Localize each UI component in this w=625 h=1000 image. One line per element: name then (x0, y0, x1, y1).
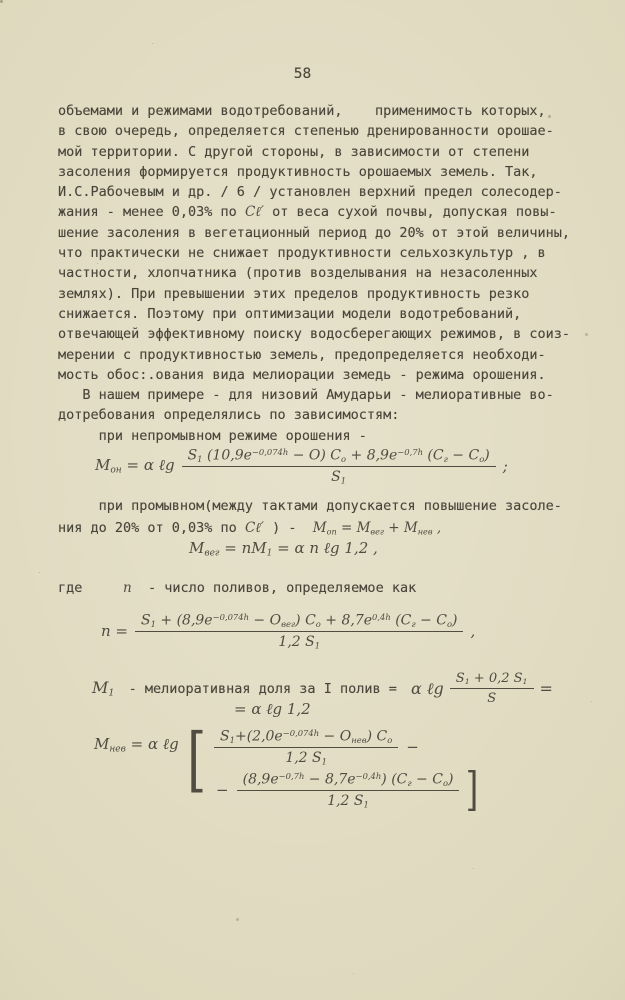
m1-tail: = (540, 679, 553, 698)
formula-row-2: − (8,9e−0,7h − 8,7e−0,4h) (Cг − Cо) 1,2 … (216, 771, 459, 809)
line-where-n: где n - число поливов, определяемое как (58, 578, 416, 598)
text-line: объемами и режимами водотребований, прим… (58, 101, 597, 121)
fraction: S1 + 0,2 S1 S (450, 671, 534, 706)
fraction: S1+(2,0e−0,074h − Онев) Cо 1,2 S1 (214, 728, 398, 766)
fraction-denominator: S (487, 689, 496, 706)
text-line: В нашем примере - для низовий Амударьи -… (58, 385, 597, 405)
fraction-numerator: (8,9e−0,7h − 8,7e−0,4h) (Cг − Cо) (237, 771, 460, 791)
line-m1-definition: M1 - мелиоративная доля за I полив = α ℓ… (92, 671, 553, 706)
page-number: 58 (0, 66, 605, 82)
formula-number-of-irrigations: n = S1 + (8,9e−0,074h − Овег) Cо + 8,7e0… (101, 612, 475, 650)
text-line: частности, хлопчатника (против возделыва… (58, 263, 597, 283)
formula-lhs: Mнев = α ℓg (94, 735, 179, 755)
left-bracket: [ (187, 722, 206, 796)
right-bracket: ] (466, 766, 479, 812)
text-line: отвечающей эффективному поиску водосбере… (58, 324, 597, 344)
text-line: засоления формируется продуктивность оро… (58, 162, 597, 182)
formula-non-leaching-regime: Mон = α ℓg S1 (10,9e−0,074h − О) Cо + 8,… (95, 447, 508, 485)
text-line: жания - менее 0,03% по Cℓ′ от веса сухой… (58, 202, 597, 222)
fraction: S1 + (8,9e−0,074h − Овег) Cо + 8,7e0,4h … (135, 612, 463, 650)
m1-alpha-lg: α ℓg (411, 679, 444, 699)
fraction-numerator: S1+(2,0e−0,074h − Онев) Cо (214, 728, 398, 748)
fraction-denominator: 1,2 S1 (278, 632, 320, 650)
formula-tail: , (470, 622, 475, 640)
formula-row-1: S1+(2,0e−0,074h − Онев) Cо 1,2 S1 − (214, 728, 459, 766)
line-alpha-lg-result: = α ℓg 1,2 (234, 700, 311, 719)
fraction: S1 (10,9e−0,074h − О) Cо + 8,9e−0,7h (Cг… (182, 447, 496, 485)
fraction-denominator: 1,2 S1 (327, 791, 369, 809)
fraction-numerator: S1 + (8,9e−0,074h − Овег) Cо + 8,7e0,4h … (135, 612, 463, 632)
minus-sign: − (216, 781, 229, 799)
text-line: мой территории. С другой стороны, в зави… (58, 142, 597, 162)
text-line: снижается. Поэтому при оптимизации модел… (58, 304, 597, 324)
text-line: шение засоления в вегетационный период д… (58, 223, 597, 243)
m1-symbol: M1 (92, 678, 115, 699)
formula-tail: ; (503, 457, 508, 475)
fraction-denominator: 1,2 S1 (285, 748, 327, 766)
text-line: при непромывном режиме орошения - (58, 426, 597, 446)
text-line: мерении с продуктивностью земель, предоп… (58, 345, 597, 365)
text-line: мость обос:.ования вида мелиорации земед… (58, 365, 597, 385)
formula-stack: S1+(2,0e−0,074h − Онев) Cо 1,2 S1 − − (8… (214, 728, 459, 810)
fraction: (8,9e−0,7h − 8,7e−0,4h) (Cг − Cо) 1,2 S1 (237, 771, 460, 809)
paragraph-main: объемами и режимами водотребований, прим… (58, 101, 597, 446)
text-line: что практически не снижает продуктивност… (58, 243, 597, 263)
document-page: 58 объемами и режимами водотребований, п… (0, 0, 625, 1000)
text-line: И.С.Рабочевым и др. / 6 / установлен вер… (58, 182, 597, 202)
text-line: при промывном(между тактами допускается … (58, 496, 597, 518)
formula-lhs: n = (101, 622, 128, 640)
formula-mnev: Mнев = α ℓg [ S1+(2,0e−0,074h − Онев) Cо… (94, 726, 481, 810)
text-line: дотребования определялись по зависимостя… (58, 405, 597, 425)
formula-lhs: Mон = α ℓg (95, 456, 175, 476)
paragraph-leaching: при промывном(между тактами допускается … (58, 496, 597, 542)
fraction-numerator: S1 + 0,2 S1 (450, 671, 534, 689)
formula-mveg: Mвег = nM1 = α n ℓg 1,2 , (189, 539, 378, 559)
m1-typed-text: - мелиоративная доля за I полив = (121, 681, 405, 697)
text-line: в свою очередь, определяется степенью др… (58, 121, 597, 141)
minus-sign: − (406, 738, 419, 756)
fraction-numerator: S1 (10,9e−0,074h − О) Cо + 8,9e−0,7h (Cг… (182, 447, 496, 467)
text-line: землях). При превышении этих пределов пр… (58, 284, 597, 304)
fraction-denominator: S1 (331, 467, 346, 485)
